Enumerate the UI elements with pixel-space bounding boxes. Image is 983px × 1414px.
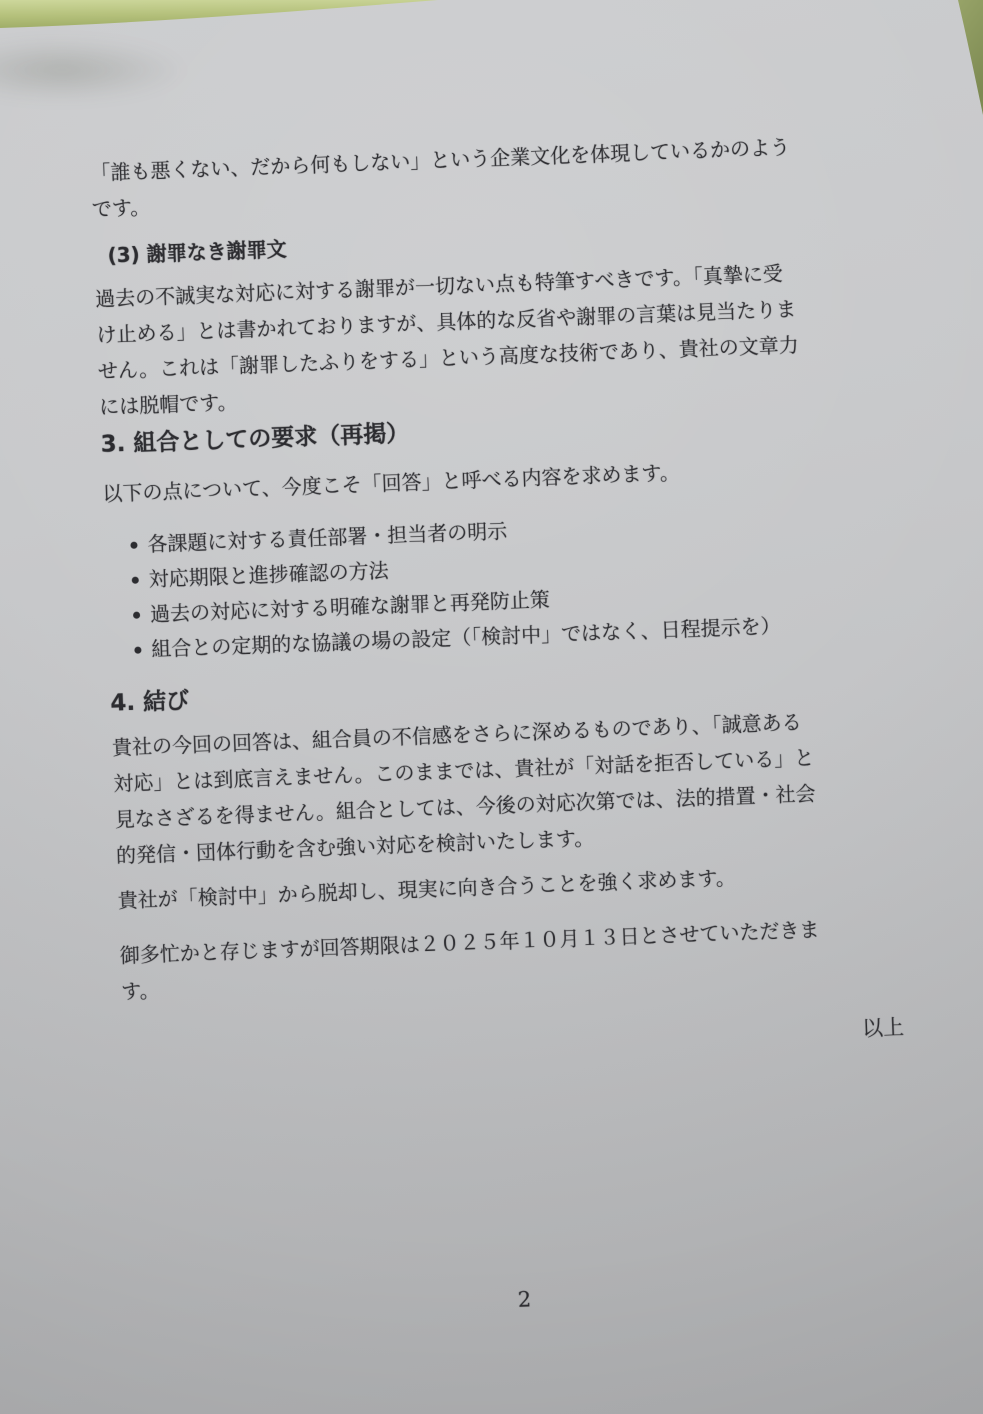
page-number: 2 bbox=[133, 1268, 917, 1331]
bullet-dot-icon bbox=[132, 577, 139, 584]
table-cloth-background bbox=[0, 0, 983, 130]
closing-paragraph-1: 貴社の今回の回答は、組合員の不信感をさらに深めるものであり、「誠意ある 対応」と… bbox=[111, 700, 899, 873]
closing-paragraph-3: 御多忙かと存じますが回答期限は２０２５年１０月１３日とさせていただきま す。 bbox=[119, 908, 904, 1009]
photo-scene: 「誰も悪くない、だから何もしない」という企業文化を体現しているかのよう です。 … bbox=[0, 0, 983, 1414]
bullet-dot-icon bbox=[130, 542, 137, 549]
bullet-dot-icon bbox=[134, 647, 141, 654]
table-cloth-top-right bbox=[958, 0, 983, 115]
document-content: 「誰も悪くない、だから何もしない」という企業文化を体現しているかのよう です。 … bbox=[90, 126, 917, 1353]
apology-paragraph: 過去の不誠実な対応に対する謝罪が一切ない点も特筆すべきです。「真摯に受 け止める… bbox=[95, 252, 883, 425]
closing-mark: 以上 bbox=[123, 1010, 907, 1073]
bullet-text: 対応期限と進捗確認の方法 bbox=[148, 558, 389, 591]
requirements-list: 各課題に対する責任部署・担当者の明示 対応期限と進捗確認の方法 過去の対応に対す… bbox=[104, 499, 892, 668]
table-cloth-top-left bbox=[0, 0, 438, 28]
bullet-dot-icon bbox=[133, 612, 140, 619]
